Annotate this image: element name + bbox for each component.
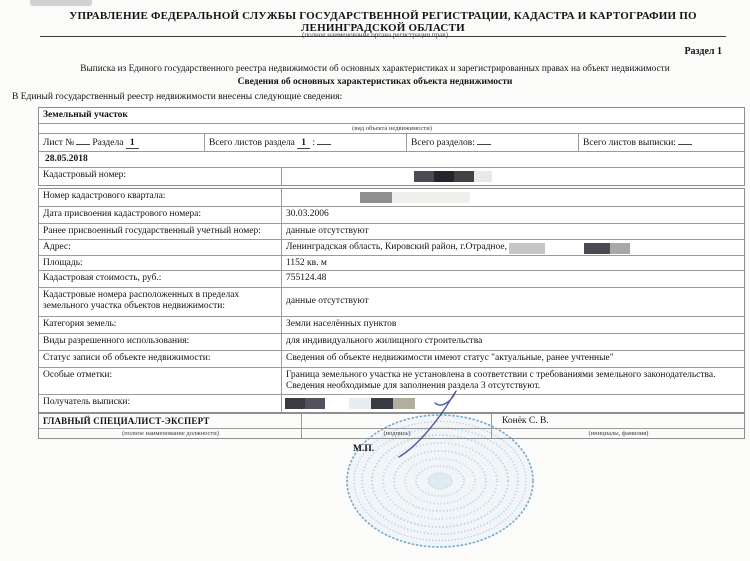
extract-date: 28.05.2018 (39, 152, 744, 167)
blank-line (76, 136, 90, 145)
intro-text: В Единый государственный реестр недвижим… (12, 92, 342, 102)
redacted-value (281, 189, 744, 206)
signature-caption: (подпись) (301, 429, 491, 438)
org-name-caption: (полное наименование органа регистрации … (0, 31, 750, 39)
redaction-box (349, 398, 371, 409)
redaction-box (584, 243, 610, 254)
redaction-box (393, 398, 415, 409)
blank-line (317, 136, 331, 145)
table-row: Виды разрешенного использования: для инд… (39, 333, 744, 350)
redaction-box (509, 243, 545, 254)
table-row: Особые отметки: Граница земельного участ… (39, 367, 744, 394)
section-label: Раздел 1 (684, 46, 722, 57)
table-row: Адрес: Ленинградская область, Кировский … (39, 239, 744, 255)
object-type-caption: (вид объекта недвижимости) (39, 124, 744, 133)
redaction-box (360, 192, 392, 203)
cadastral-number-value-redacted (281, 168, 744, 185)
redaction-box (454, 171, 474, 182)
blank-line (678, 136, 692, 145)
redaction-box (285, 398, 305, 409)
signer-position: ГЛАВНЫЙ СПЕЦИАЛИСТ-ЭКСПЕРТ (39, 414, 301, 428)
table-row: Номер кадастрового квартала: (39, 189, 744, 206)
position-caption: (полное наименование должности) (39, 429, 301, 438)
blank-line (477, 136, 491, 145)
signer-name: Конёк С. В. (491, 414, 744, 428)
section-number-2: 1 (297, 138, 310, 149)
document-title-line2: Сведения об основных характеристиках объ… (0, 77, 750, 87)
table-row: Категория земель: Земли населённых пункт… (39, 316, 744, 333)
redaction-box (305, 398, 325, 409)
table-row: Площадь: 1152 кв. м (39, 255, 744, 270)
table-row: Дата присвоения кадастрового номера: 30.… (39, 206, 744, 223)
recipient-value-redacted (281, 395, 744, 412)
address-value: Ленинградская область, Кировский район, … (281, 240, 744, 255)
redaction-box (371, 398, 393, 409)
table-row: Статус записи об объекте недвижимости: С… (39, 350, 744, 367)
redaction-box (434, 171, 454, 182)
scan-artifact (30, 0, 92, 6)
table-row: Ранее присвоенный государственный учетны… (39, 223, 744, 239)
object-header-table: Земельный участок (вид объекта недвижимо… (38, 107, 745, 186)
redaction-box (474, 171, 492, 182)
signature-space (301, 414, 491, 428)
name-caption: (инициалы, фамилия) (491, 429, 744, 438)
section-number: 1 (126, 138, 139, 149)
cadastral-number-label: Кадастровый номер: (39, 168, 281, 185)
document-title-line1: Выписка из Единого государственного реес… (0, 64, 750, 74)
redaction-box (414, 171, 434, 182)
details-table: Номер кадастрового квартала: Дата присво… (38, 188, 745, 413)
redaction-box (392, 192, 470, 203)
redaction-box (610, 243, 630, 254)
total-sections-cell: Всего разделов: (406, 134, 578, 151)
total-extract-sheets-cell: Всего листов выписки: (578, 134, 744, 151)
sheet-number-cell: Лист №Раздела 1 (39, 134, 204, 151)
total-sheets-section-cell: Всего листов раздела 1 : (204, 134, 406, 151)
seal-place-label: М.П. (353, 444, 374, 454)
table-row: Получатель выписки: (39, 394, 744, 412)
signature-table: ГЛАВНЫЙ СПЕЦИАЛИСТ-ЭКСПЕРТ Конёк С. В. (… (38, 413, 745, 439)
table-row: Кадастровые номера расположенных в преде… (39, 287, 744, 316)
table-row: Кадастровая стоимость, руб.: 755124.48 (39, 270, 744, 287)
object-type: Земельный участок (39, 108, 744, 123)
